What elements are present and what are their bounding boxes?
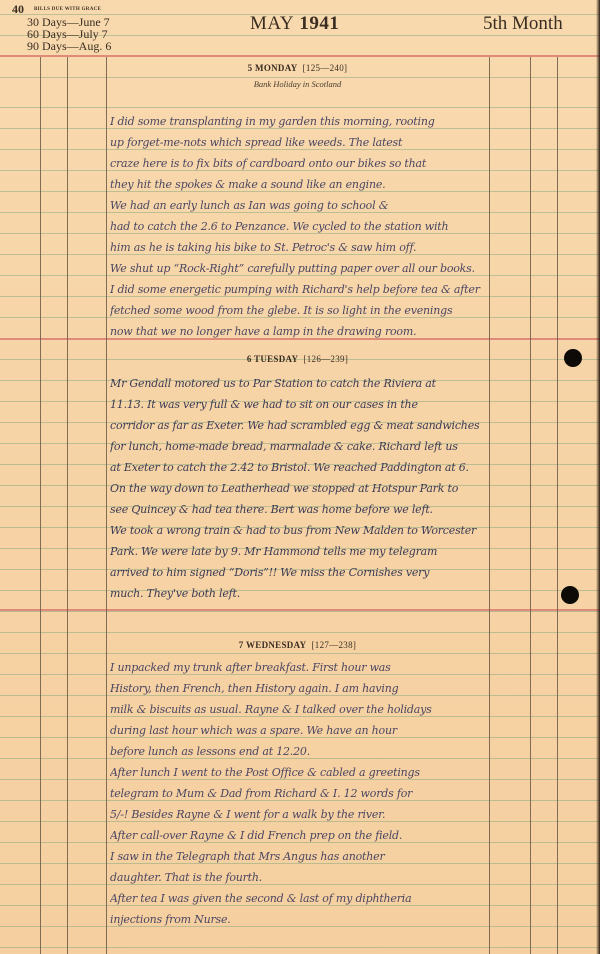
entry-line: craze here is to fix bits of cardboard o… <box>110 153 492 174</box>
entry-line: at Exeter to catch the 2.42 to Bristol. … <box>110 457 492 478</box>
entry-line: 11.13. It was very full & we had to sit … <box>110 394 492 415</box>
entry-line: I unpacked my trunk after breakfast. Fir… <box>110 657 492 678</box>
entry-line: History, then French, then History again… <box>110 678 492 699</box>
entry-line: I did some transplanting in my garden th… <box>110 111 492 132</box>
entry-line: telegram to Mum & Dad from Richard & I. … <box>110 783 492 804</box>
bills-due-box: 40BILLS DUE WITH GRACE 30 Days—June 7 60… <box>12 3 111 52</box>
entry-line: they hit the spokes & make a sound like … <box>110 174 492 195</box>
diary-entry-tuesday: Mr Gendall motored us to Par Station to … <box>110 373 492 604</box>
entry-line: I did some energetic pumping with Richar… <box>110 279 492 300</box>
day-heading-wednesday: 7 WEDNESDAY [127—238] <box>107 640 488 650</box>
entry-line: before lunch as lessons end at 12.20. <box>110 741 492 762</box>
bills-row: 90 Days—Aug. 6 <box>12 40 111 52</box>
entry-line: We shut up “Rock-Right” carefully puttin… <box>110 258 492 279</box>
entry-line: much. They've both left. <box>110 583 492 604</box>
day-heading-monday: 5 MONDAY [125—240] <box>107 63 488 73</box>
entry-line: arrived to him signed “Doris”!! We miss … <box>110 562 492 583</box>
entry-line: fetched some wood from the glebe. It is … <box>110 300 492 321</box>
entry-line: corridor as far as Exeter. We had scramb… <box>110 415 492 436</box>
entry-line: I saw in the Telegraph that Mrs Angus ha… <box>110 846 492 867</box>
page-title: MAY 1941 <box>250 13 339 35</box>
entry-line: up forget-me-nots which spread like weed… <box>110 132 492 153</box>
day-divider-wednesday <box>0 609 600 611</box>
entry-line: milk & biscuits as usual. Rayne & I talk… <box>110 699 492 720</box>
entry-line: 5/-! Besides Rayne & I went for a walk b… <box>110 804 492 825</box>
entry-line: We took a wrong train & had to bus from … <box>110 520 492 541</box>
entry-line: now that we no longer have a lamp in the… <box>110 321 492 342</box>
punch-hole <box>561 586 579 604</box>
year: 1941 <box>299 13 339 34</box>
entry-line: injections from Nurse. <box>110 909 492 930</box>
diary-entry-wednesday: I unpacked my trunk after breakfast. Fir… <box>110 657 492 930</box>
margin-line <box>106 57 107 954</box>
entry-line: see Quincey & had tea there. Bert was ho… <box>110 499 492 520</box>
day-heading-tuesday: 6 TUESDAY [126—239] <box>107 354 488 364</box>
entry-line: On the way down to Leatherhead we stoppe… <box>110 478 492 499</box>
margin-line <box>40 57 41 954</box>
margin-line <box>530 57 531 954</box>
entry-line: during last hour which was a spare. We h… <box>110 720 492 741</box>
bills-caption: BILLS DUE WITH GRACE <box>34 7 101 12</box>
entry-line: for lunch, home-made bread, marmalade & … <box>110 436 492 457</box>
header-divider <box>0 55 600 57</box>
month-name: MAY <box>250 13 294 34</box>
diary-page: 40BILLS DUE WITH GRACE 30 Days—June 7 60… <box>0 0 600 954</box>
entry-line: After call-over Rayne & I did French pre… <box>110 825 492 846</box>
page-number: 40 <box>12 2 24 16</box>
punch-hole <box>564 349 582 367</box>
margin-line <box>67 57 68 954</box>
month-number: 5th Month <box>483 13 563 35</box>
entry-line: We had an early lunch as Ian was going t… <box>110 195 492 216</box>
entry-line: had to catch the 2.6 to Penzance. We cyc… <box>110 216 492 237</box>
entry-line: Mr Gendall motored us to Par Station to … <box>110 373 492 394</box>
entry-line: Park. We were late by 9. Mr Hammond tell… <box>110 541 492 562</box>
holiday-note: Bank Holiday in Scotland <box>107 79 488 89</box>
entry-line: After lunch I went to the Post Office & … <box>110 762 492 783</box>
entry-line: daughter. That is the fourth. <box>110 867 492 888</box>
entry-line: him as he is taking his bike to St. Petr… <box>110 237 492 258</box>
entry-line: After tea I was given the second & last … <box>110 888 492 909</box>
page-edge-shadow <box>596 0 600 954</box>
diary-entry-monday: I did some transplanting in my garden th… <box>110 111 492 342</box>
margin-line <box>557 57 558 954</box>
